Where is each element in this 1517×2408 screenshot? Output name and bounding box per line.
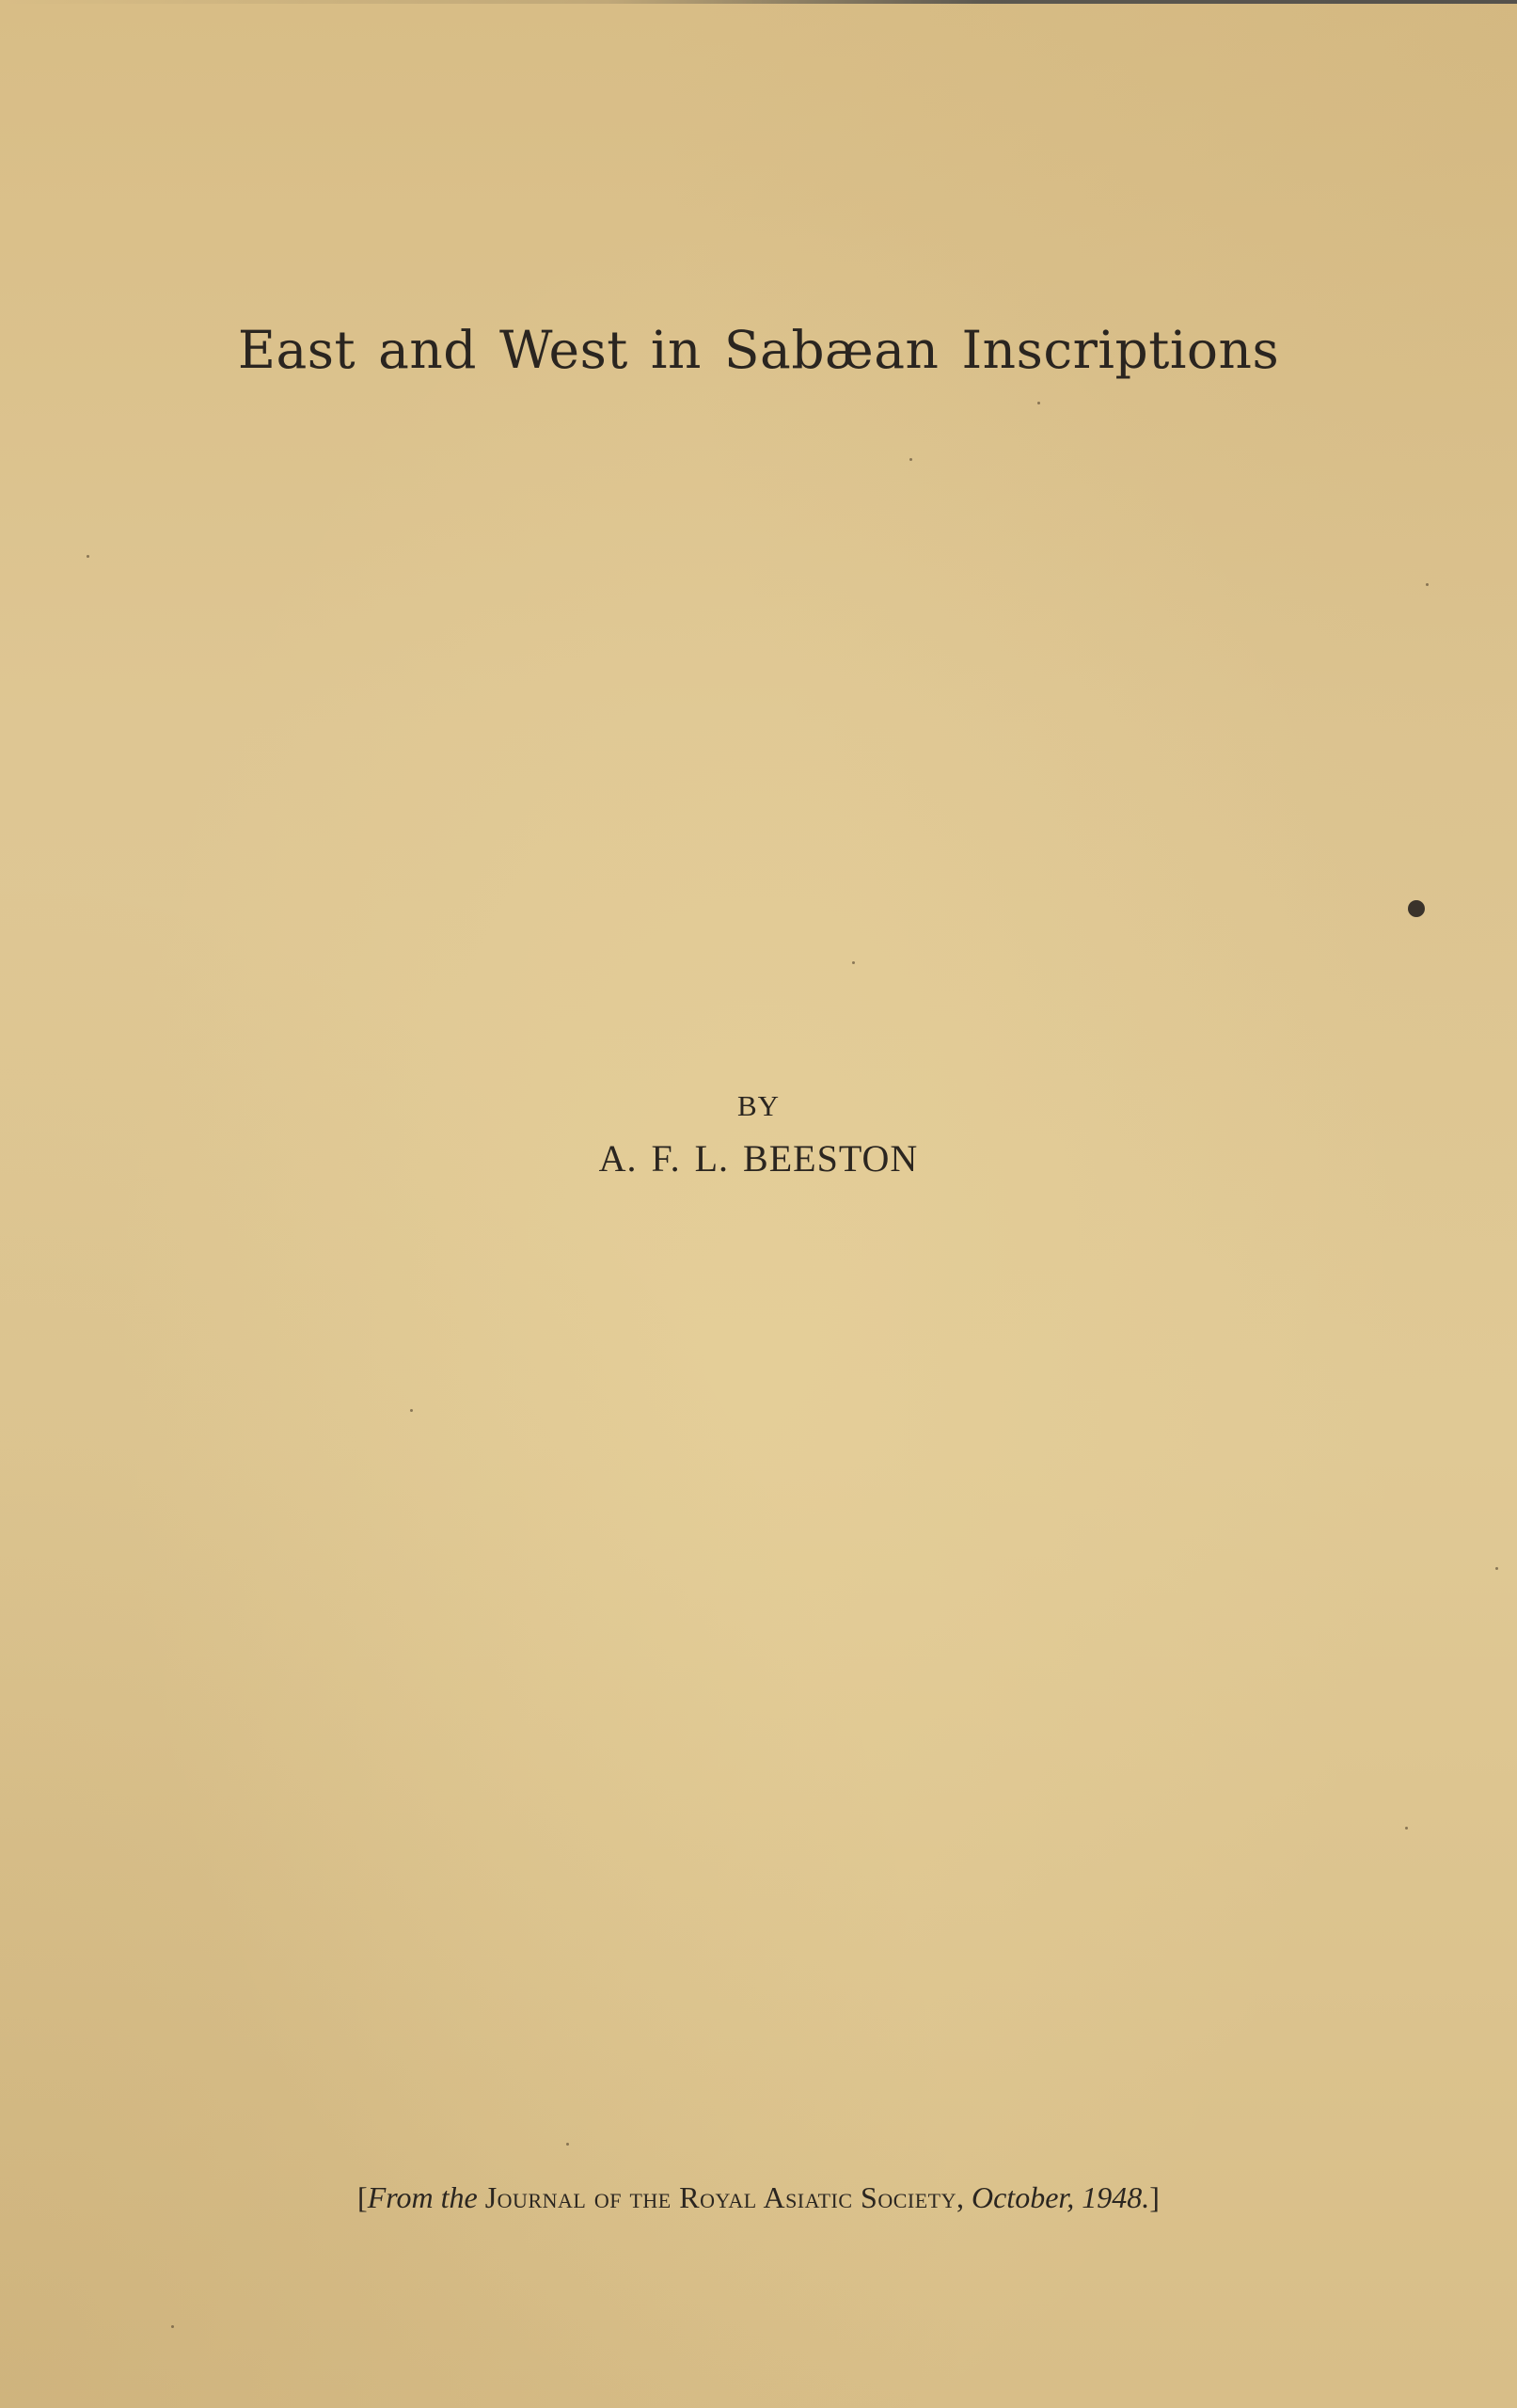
paper-speck [1495,1567,1498,1570]
byline: BY [0,1089,1517,1123]
paper-speck [1405,1827,1408,1830]
paper-speck [566,2143,569,2146]
paper-speck [909,458,912,461]
scanned-page: East and West in Sabæan Inscriptions BY … [0,0,1517,2408]
citation-open-bracket: [ [357,2180,368,2214]
citation-close-bracket: ] [1149,2180,1160,2214]
paper-speck [1037,402,1040,404]
paper-speck [1426,583,1429,586]
citation-comma: , [956,2180,964,2214]
page-top-edge [0,0,1517,4]
paper-speck [852,961,855,964]
citation-date: October, 1948. [972,2180,1149,2214]
document-title: East and West in Sabæan Inscriptions [0,320,1517,380]
paper-speck [410,1409,413,1412]
citation-journal: Journal of the Royal Asiatic Society [485,2180,956,2214]
journal-citation: [From the Journal of the Royal Asiatic S… [0,2180,1517,2215]
paper-speck [87,555,89,558]
ink-spot [1408,900,1425,917]
paper-speck [171,2325,174,2328]
citation-from-the: From the [368,2180,478,2214]
author-name: A. F. L. BEESTON [0,1136,1517,1180]
